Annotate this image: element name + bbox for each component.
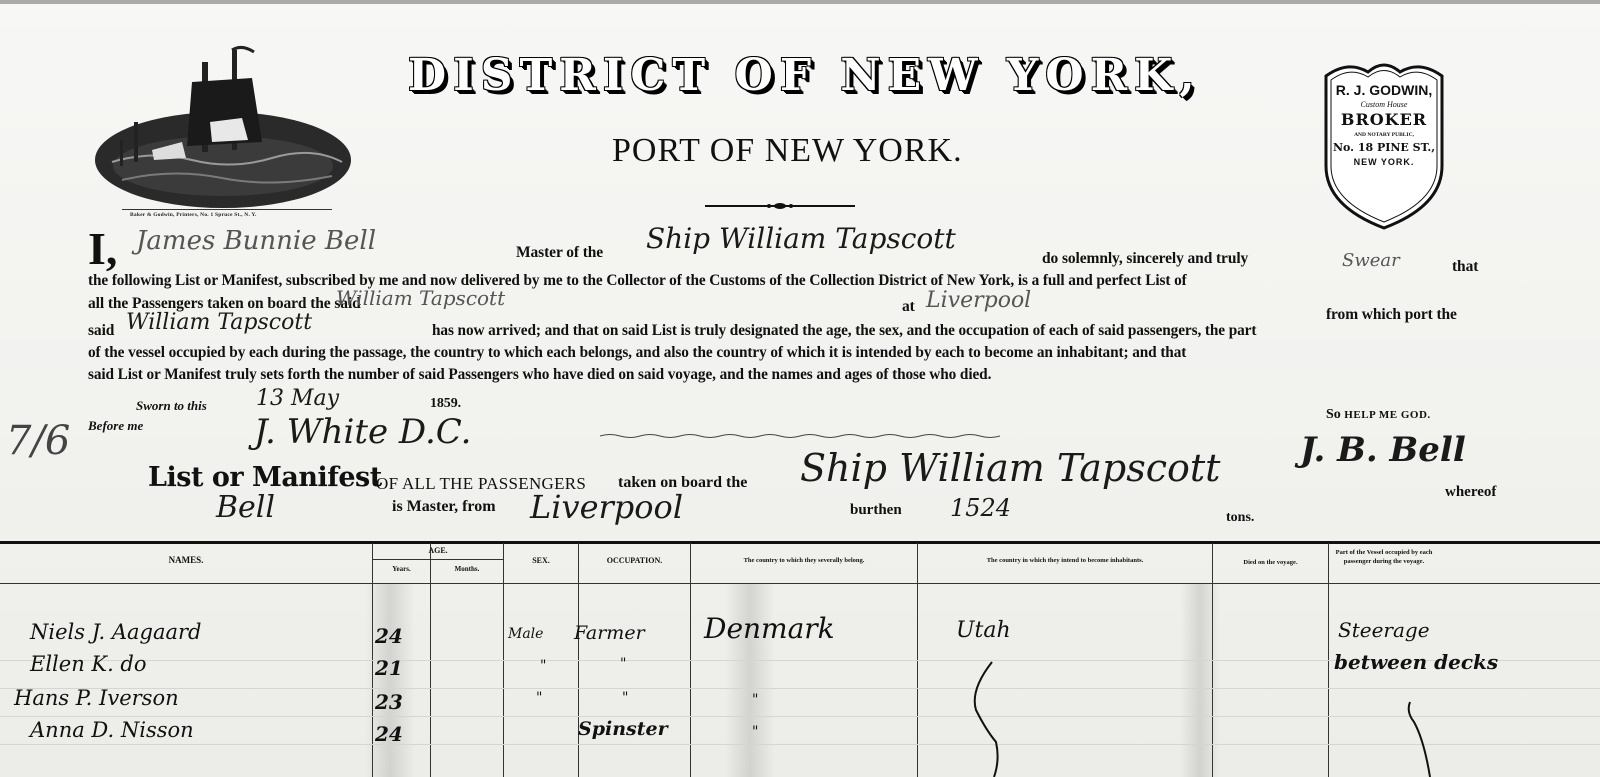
passenger-age: 23 (375, 690, 403, 714)
ship-engraving-icon (92, 42, 354, 212)
oath-line-4a: said (88, 322, 114, 340)
passenger-name: Anna D. Nisson (30, 718, 194, 742)
manifest-master-handwritten: Bell (216, 490, 275, 525)
official-signature: J. White D.C. (254, 412, 471, 452)
passenger-age: 24 (375, 624, 403, 648)
oath-line-4b: has now arrived; and that on said List i… (432, 322, 1256, 340)
broker-name: R. J. GODWIN, (1318, 82, 1450, 98)
passenger-destination: Utah (956, 618, 1011, 643)
document-subtitle: PORT OF NEW YORK. (612, 132, 963, 170)
col-header-years: Years. (373, 565, 430, 574)
age-subheader-rule (373, 559, 503, 560)
document-title: DISTRICT OF NEW YORK, (408, 50, 1202, 101)
vessel2-handwritten: William Tapscott (336, 286, 505, 310)
tons-label: tons. (1226, 510, 1254, 526)
manifest-page: Baker & Godwin, Printers, No. 1 Spruce S… (0, 0, 1600, 777)
scan-edge (0, 0, 1600, 4)
whereof-label: whereof (1445, 484, 1496, 501)
scan-smudge (365, 584, 415, 777)
list-or-manifest-heading: List or Manifest (148, 462, 382, 493)
broker-badge: R. J. GODWIN, Custom House BROKER AND NO… (1318, 56, 1450, 167)
printer-credit: Baker & Godwin, Printers, No. 1 Spruce S… (130, 212, 257, 218)
so-help-word: So (1326, 407, 1341, 422)
col-header-occupation: OCCUPATION. (579, 556, 690, 565)
so-help-me-god: So HELP ME GOD. (1326, 407, 1431, 423)
sworn-year: 1859. (430, 396, 461, 412)
passenger-name: Niels J. Aagaard (30, 620, 201, 644)
master-name-handwritten: James Bunnie Bell (136, 226, 376, 256)
passenger-vessel-part: between decks (1334, 650, 1498, 674)
row-rule (0, 688, 1600, 689)
port-handwritten: Liverpool (926, 288, 1031, 313)
ornament-divider-icon (705, 203, 855, 209)
col-header-country-intend: The country in which they intend to beco… (918, 556, 1212, 565)
passenger-country: Denmark (704, 612, 835, 645)
master-signature: J. B. Bell (1300, 430, 1466, 470)
ditto-stroke-icon (1400, 700, 1440, 777)
oath-line-5: of the vessel occupied by each during th… (88, 344, 1186, 362)
passenger-country: " (752, 692, 758, 708)
passenger-occupation: " (622, 690, 628, 706)
passenger-vessel-part: Steerage (1338, 618, 1430, 642)
col-header-vessel-part: Part of the Vessel occupied by each pass… (1329, 548, 1439, 566)
master-of-label: Master of the (516, 244, 603, 262)
col-header-country-belong: The country to which they severally belo… (691, 556, 917, 565)
solemnly-label: do solemnly, sincerely and truly (1042, 250, 1248, 268)
col-header-age: AGE. (373, 546, 503, 555)
row-rule (0, 744, 1600, 745)
broker-line3: BROKER (1318, 110, 1450, 129)
broker-city: NEW YORK. (1318, 157, 1450, 167)
passenger-sex: " (536, 690, 542, 706)
margin-mark-handwritten: 7/6 (6, 418, 70, 464)
table-top-rule (0, 541, 1600, 544)
vessel-handwritten: Ship William Tapscott (646, 222, 956, 255)
passenger-country: " (752, 724, 758, 740)
col-header-months: Months. (431, 565, 503, 574)
passenger-occupation: Spinster (578, 718, 668, 740)
passenger-name: Ellen K. do (30, 652, 147, 676)
sworn-date-handwritten: 13 May (256, 386, 339, 411)
from-port-handwritten: Liverpool (530, 488, 683, 526)
col-header-died: Died on the voyage. (1213, 558, 1328, 567)
printer-rule (122, 209, 332, 210)
oath-line-3b: from which port the (1326, 306, 1457, 324)
sworn-label: Sworn to this (136, 398, 207, 414)
signature-line (600, 430, 1000, 442)
col-header-sex: SEX. (504, 556, 578, 565)
before-me-label: Before me (88, 418, 143, 434)
so-help-small-caps: HELP ME GOD. (1344, 409, 1430, 421)
passenger-sex: " (540, 658, 546, 674)
passenger-age: 21 (375, 656, 403, 680)
passenger-occupation: Farmer (574, 622, 645, 644)
table-header-rule (0, 583, 1600, 584)
passenger-occupation: " (620, 656, 626, 672)
is-master-from-label: is Master, from (392, 498, 496, 516)
manifest-vessel-handwritten: Ship William Tapscott (800, 446, 1220, 490)
broker-address: No. 18 PINE ST., (1318, 141, 1450, 154)
oath-line-6: said List or Manifest truly sets forth t… (88, 366, 991, 384)
scan-smudge (1180, 584, 1220, 777)
swear-handwritten: Swear (1342, 250, 1400, 271)
that-label: that (1452, 258, 1478, 276)
burthen-value-handwritten: 1524 (950, 494, 1011, 522)
passenger-age: 24 (375, 722, 403, 746)
ditto-brace-icon (960, 660, 1020, 777)
col-header-names: NAMES. (0, 556, 372, 565)
broker-line4: AND NOTARY PUBLIC, (1318, 132, 1450, 138)
broker-line2: Custom House (1318, 100, 1450, 109)
vessel3-handwritten: William Tapscott (126, 310, 312, 335)
passenger-name: Hans P. Iverson (14, 686, 179, 710)
at-label: at (902, 298, 915, 316)
row-rule (0, 716, 1600, 717)
burthen-label: burthen (850, 502, 902, 519)
passenger-sex: Male (508, 626, 543, 642)
oath-initial: I, (88, 222, 117, 275)
